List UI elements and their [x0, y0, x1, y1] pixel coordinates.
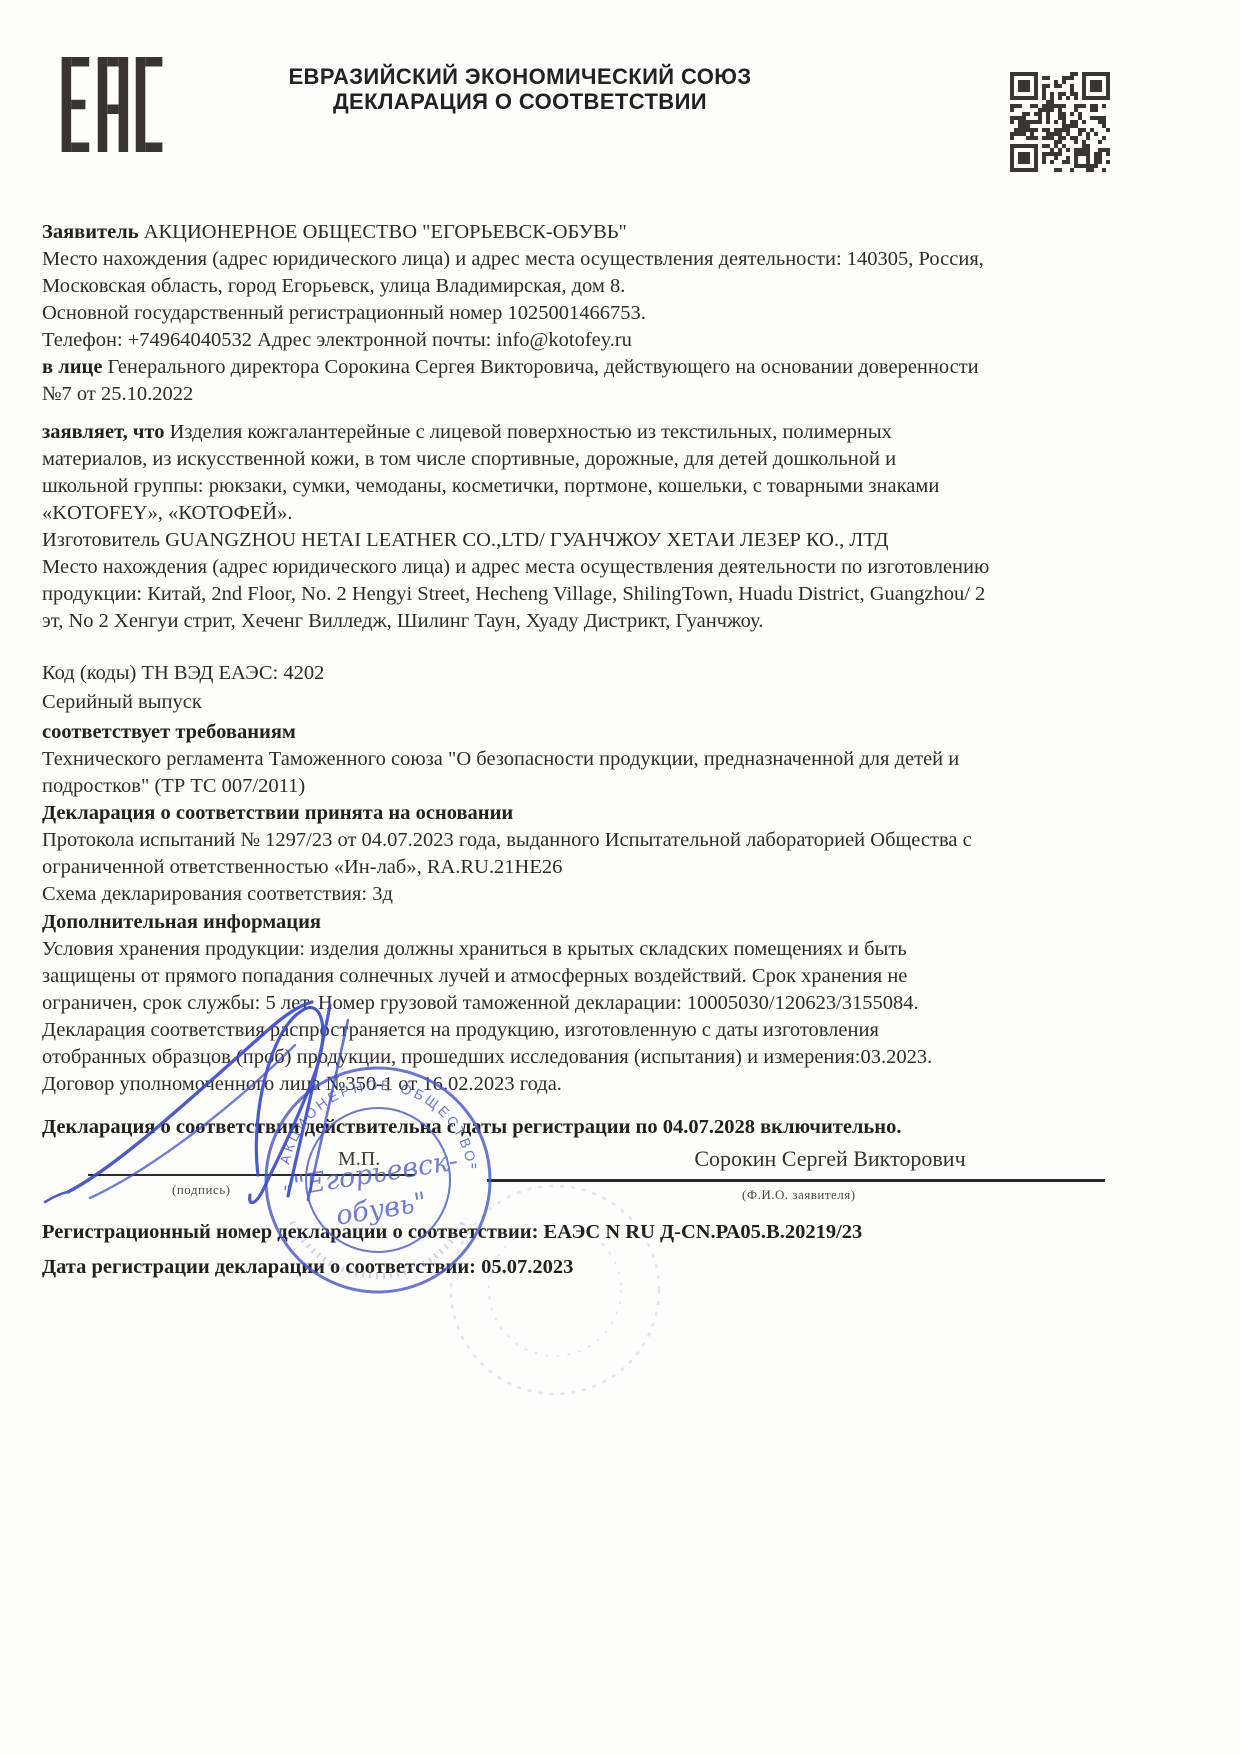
text-line: отобранных образцов (проб) продукции, пр… — [42, 1044, 1112, 1071]
section-validity: Декларация о соответствии действительна … — [42, 1114, 1112, 1141]
text-line: продукции: Китай, 2nd Floor, No. 2 Hengy… — [42, 581, 1112, 608]
text-line: ограничен, срок службы: 5 лет. Номер гру… — [42, 990, 1112, 1017]
declaration-document: ЕВРАЗИЙСКИЙ ЭКОНОМИЧЕСКИЙ СОЮЗ ДЕКЛАРАЦИ… — [0, 0, 1240, 1755]
text-line: Протокола испытаний № 1297/23 от 04.07.2… — [42, 827, 1112, 854]
signature-caption: (подпись) — [172, 1182, 230, 1198]
text-line: подростков" (ТР ТС 007/2011) — [42, 773, 1112, 800]
text-line: материалов, из искусственной кожи, в том… — [42, 446, 1112, 473]
stamp-left-quote: " — [283, 1183, 291, 1203]
text-line: Московская область, город Егорьевск, ули… — [42, 273, 1112, 300]
text-line: Регистрационный номер декларации о соотв… — [42, 1219, 1112, 1246]
text-line: в лице Генерального директора Сорокина С… — [42, 354, 1112, 381]
stamp-place-label: М.П. — [338, 1148, 380, 1171]
text-line: эт, No 2 Хенгуи стрит, Хеченг Вилледж, Ш… — [42, 608, 1112, 635]
text-line: Декларация о соответствии принята на осн… — [42, 800, 1112, 827]
text-line: Код (коды) ТН ВЭД ЕАЭС: 4202 — [42, 659, 1112, 688]
section-registration-date: Дата регистрации декларации о соответств… — [42, 1254, 1112, 1281]
text-line: «KOTOFEY», «КОТОФЕЙ». — [42, 500, 1112, 527]
section-product: заявляет, что Изделия кожгалантерейные с… — [42, 419, 1112, 635]
stamp-right-quote: " — [470, 1161, 478, 1181]
text-line: ограниченной ответственностью «Ин-лаб», … — [42, 854, 1112, 881]
text-line: №7 от 25.10.2022 — [42, 381, 1112, 408]
text-line: заявляет, что Изделия кожгалантерейные с… — [42, 419, 1112, 446]
text-line: школьной группы: рюкзаки, сумки, чемодан… — [42, 473, 1112, 500]
text-line: Декларация о соответствии действительна … — [42, 1114, 1112, 1141]
section-registration-number: Регистрационный номер декларации о соотв… — [42, 1219, 1112, 1246]
section-applicant: Заявитель АКЦИОНЕРНОЕ ОБЩЕСТВО "ЕГОРЬЕВС… — [42, 219, 1112, 408]
document-title: ЕВРАЗИЙСКИЙ ЭКОНОМИЧЕСКИЙ СОЮЗ ДЕКЛАРАЦИ… — [250, 64, 790, 114]
section-basis: Декларация о соответствии принята на осн… — [42, 800, 1112, 908]
section-additional-info: Дополнительная информацияУсловия хранени… — [42, 909, 1112, 1098]
text-line: Телефон: +74964040532 Адрес электронной … — [42, 327, 1112, 354]
text-line: Серийный выпуск — [42, 688, 1112, 717]
text-line: Технического регламента Таможенного союз… — [42, 746, 1112, 773]
text-line: Заявитель АКЦИОНЕРНОЕ ОБЩЕСТВО "ЕГОРЬЕВС… — [42, 219, 1112, 246]
text-line: Декларация соответствия распространяется… — [42, 1017, 1112, 1044]
text-line: Условия хранения продукции: изделия долж… — [42, 936, 1112, 963]
text-line: Договор уполномоченного лица №350-1 от 1… — [42, 1071, 1112, 1098]
section-code: Код (коды) ТН ВЭД ЕАЭС: 4202Серийный вып… — [42, 659, 1112, 717]
section-conformity: соответствует требованиямТехнического ре… — [42, 719, 1112, 800]
text-line: Дополнительная информация — [42, 909, 1112, 936]
text-line: Изготовитель GUANGZHOU HETAI LEATHER CO.… — [42, 527, 1112, 554]
faint-stamp-impression — [451, 1186, 659, 1394]
name-rule-line — [487, 1179, 1105, 1182]
text-line: Место нахождения (адрес юридического лиц… — [42, 554, 1112, 581]
eac-logo — [56, 57, 168, 152]
signature-rule-line — [88, 1174, 415, 1176]
qr-code — [1010, 72, 1110, 172]
text-line: Основной государственный регистрационный… — [42, 300, 1112, 327]
text-line: Место нахождения (адрес юридического лиц… — [42, 246, 1112, 273]
text-line: Схема декларирования соответствия: 3д — [42, 881, 1112, 908]
text-line: соответствует требованиям — [42, 719, 1112, 746]
text-line: Дата регистрации декларации о соответств… — [42, 1254, 1112, 1281]
fio-caption: (Ф.И.О. заявителя) — [742, 1187, 856, 1203]
title-line-2: ДЕКЛАРАЦИЯ О СООТВЕТСТВИИ — [250, 89, 790, 114]
applicant-name: Сорокин Сергей Викторович — [655, 1146, 1005, 1172]
title-line-1: ЕВРАЗИЙСКИЙ ЭКОНОМИЧЕСКИЙ СОЮЗ — [250, 64, 790, 89]
text-line: защищены от прямого попадания солнечных … — [42, 963, 1112, 990]
